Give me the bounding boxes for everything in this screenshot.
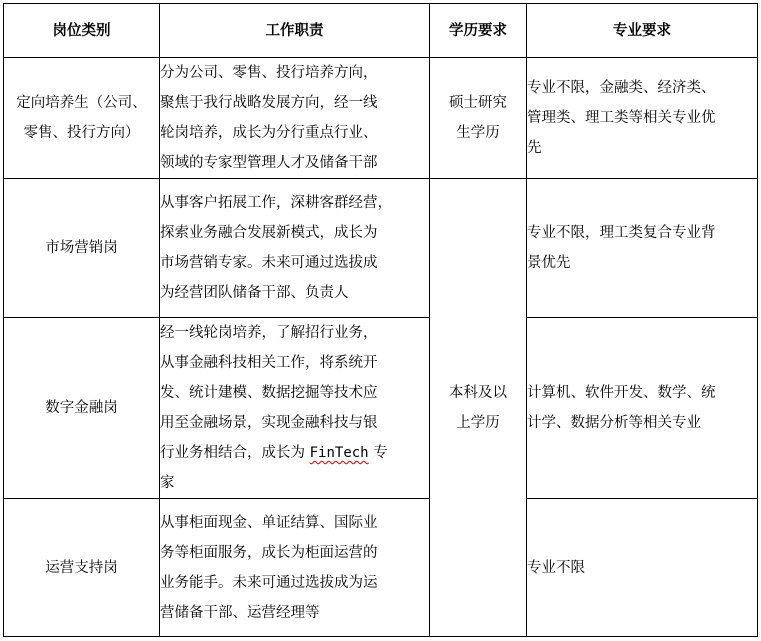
header-education: 学历要求 bbox=[430, 4, 527, 58]
duty-text: 行业务相结合，成长为 FinTech 专 bbox=[160, 438, 429, 468]
major-text: 管理类、理工类等相关专业优 bbox=[527, 103, 757, 133]
category-text: 市场营销岗 bbox=[4, 233, 159, 263]
duty-text: 分为公司、零售、投行培养方向， bbox=[160, 58, 429, 88]
education-text: 生学历 bbox=[430, 118, 526, 148]
education-cell: 硕士研究 生学历 bbox=[430, 58, 527, 179]
duty-text-prefix: 行业务相结合，成长为 bbox=[160, 445, 310, 461]
table-row: 市场营销岗 从事客户拓展工作，深耕客群经营， 探索业务融合发展新模式，成长为 市… bbox=[4, 179, 758, 318]
duty-text: 从事柜面现金、单证结算、国际业 bbox=[160, 508, 429, 538]
duty-text: 轮岗培养，成长为分行重点行业、 bbox=[160, 118, 429, 148]
category-cell: 市场营销岗 bbox=[4, 179, 160, 318]
duty-text: 家 bbox=[160, 468, 429, 498]
duty-text: 领域的专家型管理人才及储备干部 bbox=[160, 148, 429, 178]
duty-text: 用至金融场景，实现金融科技与银 bbox=[160, 408, 429, 438]
header-duties: 工作职责 bbox=[160, 4, 430, 58]
major-text: 景优先 bbox=[527, 248, 757, 278]
header-category: 岗位类别 bbox=[4, 4, 160, 58]
duty-text: 发、统计建模、数据挖掘等技术应 bbox=[160, 378, 429, 408]
category-cell: 运营支持岗 bbox=[4, 499, 160, 637]
education-text: 上学历 bbox=[430, 408, 526, 438]
duty-text: 营储备干部、运营经理等 bbox=[160, 598, 429, 628]
duty-cell: 分为公司、零售、投行培养方向， 聚焦于我行战略发展方向，经一线 轮岗培养，成长为… bbox=[160, 58, 430, 179]
duty-cell: 经一线轮岗培养，了解招行业务， 从事金融科技相关工作，将系统开 发、统计建模、数… bbox=[160, 318, 430, 499]
spellcheck-flagged-term: FinTech bbox=[310, 445, 369, 461]
category-cell: 定向培养生（公司、 零售、投行方向） bbox=[4, 58, 160, 179]
duty-cell: 从事柜面现金、单证结算、国际业 务等柜面服务，成长为柜面运营的 业务能手。未来可… bbox=[160, 499, 430, 637]
education-text: 本科及以 bbox=[430, 378, 526, 408]
major-text: 专业不限 bbox=[527, 553, 757, 583]
education-cell-shared: 本科及以 上学历 bbox=[430, 179, 527, 637]
duty-text: 从事金融科技相关工作，将系统开 bbox=[160, 348, 429, 378]
major-text: 专业不限，理工类复合专业背 bbox=[527, 218, 757, 248]
duty-text: 为经营团队储备干部、负责人 bbox=[160, 278, 429, 308]
header-major: 专业要求 bbox=[527, 4, 758, 58]
duty-text: 从事客户拓展工作，深耕客群经营， bbox=[160, 188, 429, 218]
duty-text: 经一线轮岗培养，了解招行业务， bbox=[160, 318, 429, 348]
duty-text: 务等柜面服务，成长为柜面运营的 bbox=[160, 538, 429, 568]
job-requirements-table: 岗位类别 工作职责 学历要求 专业要求 定向培养生（公司、 零售、投行方向） 分… bbox=[3, 3, 758, 637]
table-row: 数字金融岗 经一线轮岗培养，了解招行业务， 从事金融科技相关工作，将系统开 发、… bbox=[4, 318, 758, 499]
major-cell: 专业不限 bbox=[527, 499, 758, 637]
duty-text: 探索业务融合发展新模式，成长为 bbox=[160, 218, 429, 248]
major-text: 计学、数据分析等相关专业 bbox=[527, 408, 757, 438]
category-text: 数字金融岗 bbox=[4, 393, 159, 423]
major-text: 先 bbox=[527, 133, 757, 163]
duty-text-suffix: 专 bbox=[369, 445, 388, 461]
category-text: 定向培养生（公司、 bbox=[4, 88, 159, 118]
major-text: 计算机、软件开发、数学、统 bbox=[527, 378, 757, 408]
major-cell: 计算机、软件开发、数学、统 计学、数据分析等相关专业 bbox=[527, 318, 758, 499]
major-cell: 专业不限，金融类、经济类、 管理类、理工类等相关专业优 先 bbox=[527, 58, 758, 179]
header-row: 岗位类别 工作职责 学历要求 专业要求 bbox=[4, 4, 758, 58]
education-text: 硕士研究 bbox=[430, 88, 526, 118]
category-text: 零售、投行方向） bbox=[4, 118, 159, 148]
category-cell: 数字金融岗 bbox=[4, 318, 160, 499]
duty-text: 聚焦于我行战略发展方向，经一线 bbox=[160, 88, 429, 118]
duty-cell: 从事客户拓展工作，深耕客群经营， 探索业务融合发展新模式，成长为 市场营销专家。… bbox=[160, 179, 430, 318]
duty-text: 市场营销专家。未来可通过选拔成 bbox=[160, 248, 429, 278]
major-cell: 专业不限，理工类复合专业背 景优先 bbox=[527, 179, 758, 318]
category-text: 运营支持岗 bbox=[4, 553, 159, 583]
duty-text: 业务能手。未来可通过选拔成为运 bbox=[160, 568, 429, 598]
major-text: 专业不限，金融类、经济类、 bbox=[527, 73, 757, 103]
table-row: 定向培养生（公司、 零售、投行方向） 分为公司、零售、投行培养方向， 聚焦于我行… bbox=[4, 58, 758, 179]
table-row: 运营支持岗 从事柜面现金、单证结算、国际业 务等柜面服务，成长为柜面运营的 业务… bbox=[4, 499, 758, 637]
